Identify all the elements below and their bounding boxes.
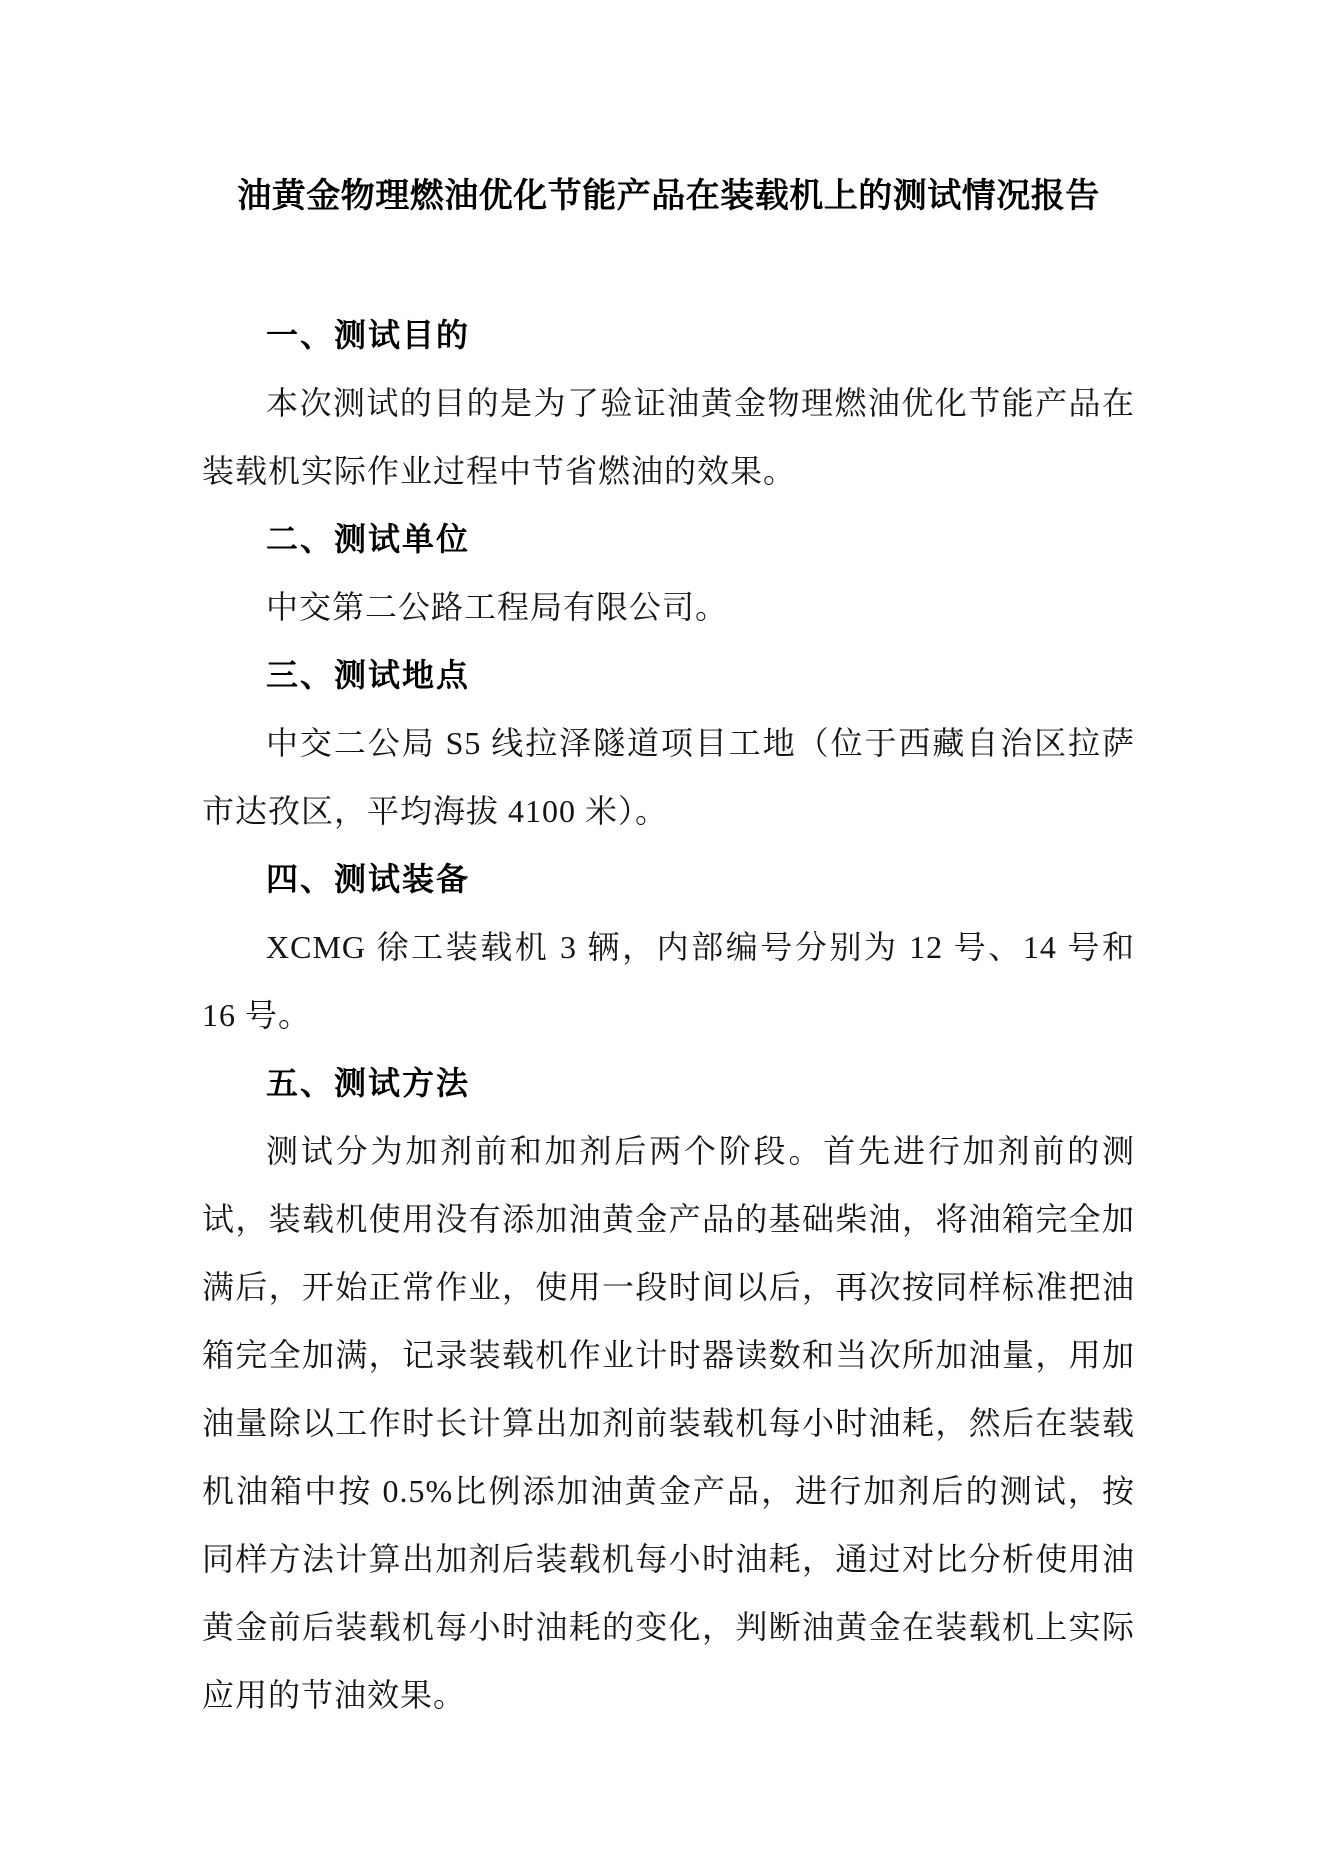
section-heading-test-method: 五、测试方法 (202, 1049, 1135, 1117)
section-paragraph-test-purpose: 本次测试的目的是为了验证油黄金物理燃油优化节能产品在装载机实际作业过程中节省燃油… (202, 369, 1135, 505)
section-paragraph-test-method: 测试分为加剂前和加剂后两个阶段。首先进行加剂前的测试，装载机使用没有添加油黄金产… (202, 1117, 1135, 1729)
document-content: 油黄金物理燃油优化节能产品在装载机上的测试情况报告 一、测试目的 本次测试的目的… (0, 0, 1323, 1729)
section-heading-test-purpose: 一、测试目的 (202, 301, 1135, 369)
document-page: 油黄金物理燃油优化节能产品在装载机上的测试情况报告 一、测试目的 本次测试的目的… (0, 0, 1323, 1871)
section-heading-test-location: 三、测试地点 (202, 641, 1135, 709)
section-paragraph-test-unit: 中交第二公路工程局有限公司。 (202, 573, 1135, 641)
section-heading-test-equipment: 四、测试装备 (202, 845, 1135, 913)
section-paragraph-test-equipment: XCMG 徐工装载机 3 辆，内部编号分别为 12 号、14 号和 16 号。 (202, 913, 1135, 1049)
section-heading-test-unit: 二、测试单位 (202, 505, 1135, 573)
document-title: 油黄金物理燃油优化节能产品在装载机上的测试情况报告 (202, 162, 1135, 230)
section-paragraph-test-location: 中交二公局 S5 线拉泽隧道项目工地（位于西藏自治区拉萨市达孜区，平均海拔 41… (202, 709, 1135, 845)
